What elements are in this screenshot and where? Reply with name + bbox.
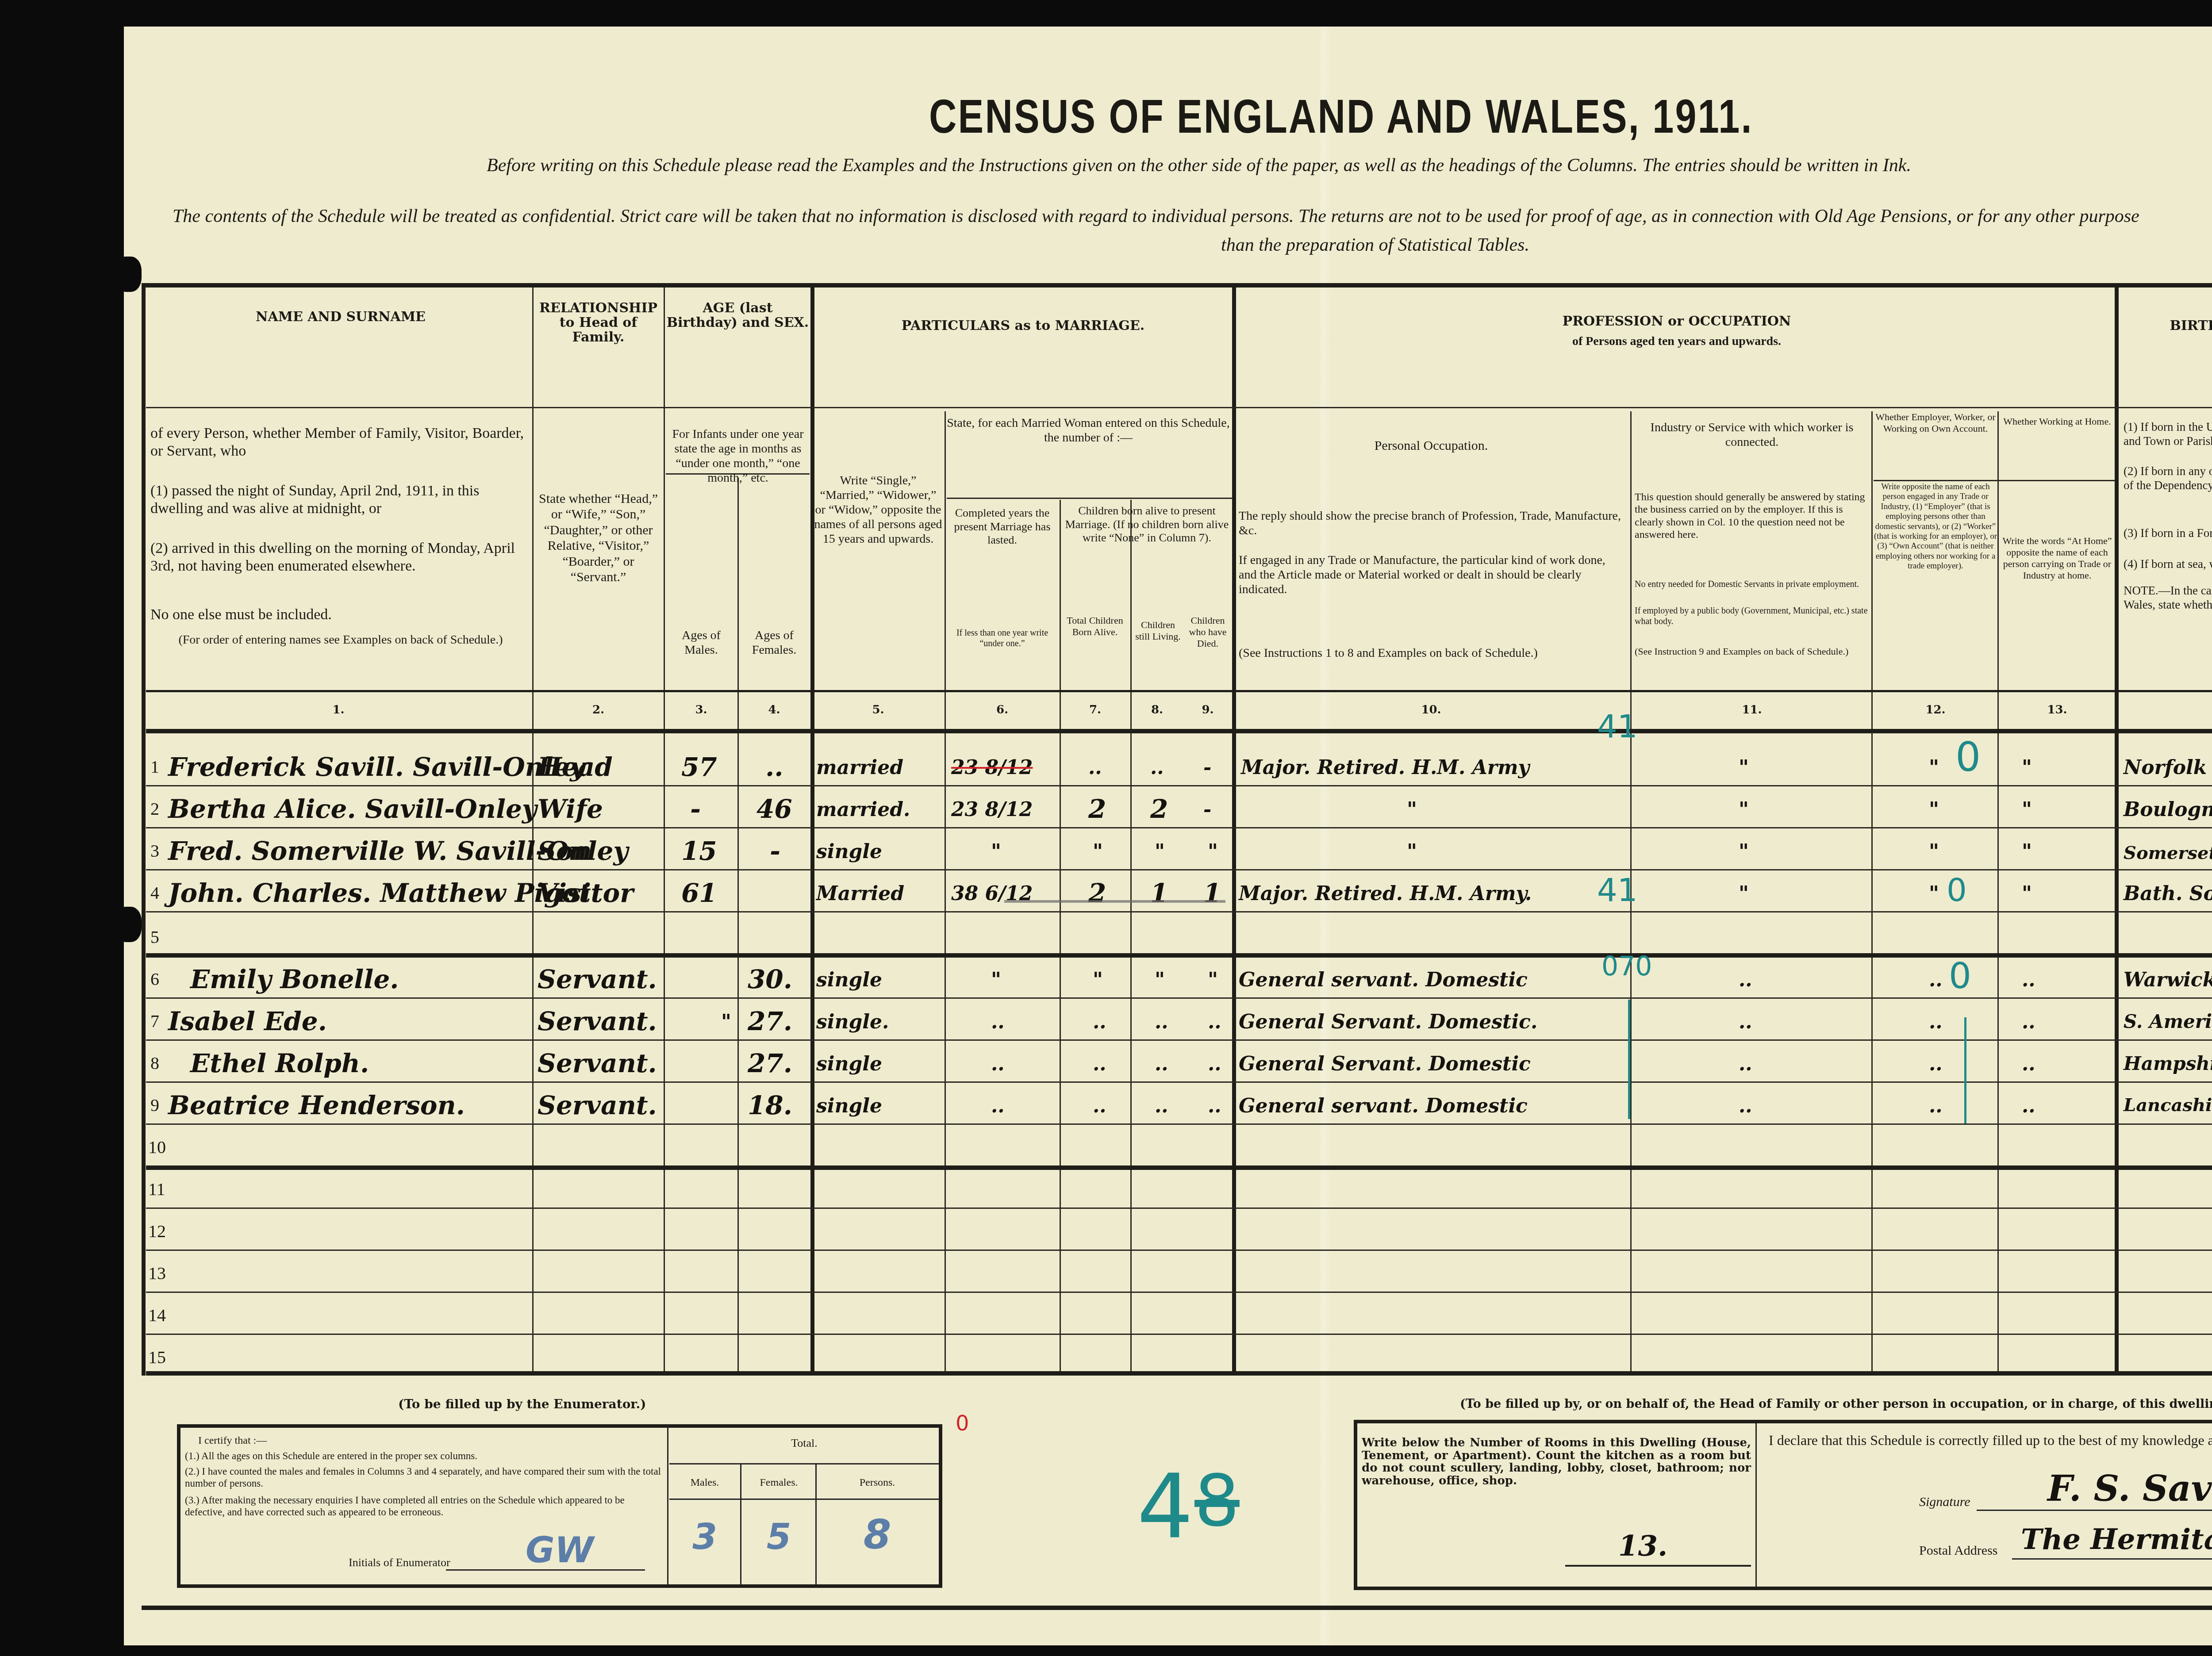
industry-cell: " [1739, 840, 1749, 863]
birthplace-cell: Norfolk - Marsham [2124, 756, 2212, 779]
age-male-cell: - [690, 794, 701, 824]
name-desc-2: (2) arrived in this dwelling on the morn… [150, 540, 531, 575]
signature-value: F. S. Savill-Onley [2047, 1468, 2212, 1509]
name-cell: Beatrice Henderson. [168, 1090, 465, 1120]
children-living-cell: 2 [1150, 794, 1168, 824]
row-number: 6 [150, 969, 159, 989]
teal-tick-mark [1964, 1017, 1966, 1123]
row-number: 3 [150, 840, 159, 861]
children-total-cell: .. [1088, 756, 1102, 779]
row-line [146, 911, 2212, 912]
industry-cell: .. [1739, 1095, 1752, 1117]
row-line [146, 1250, 2212, 1251]
row-line [146, 1334, 2212, 1335]
col-num-2: 2. [533, 703, 664, 717]
col-num-13: 13. [2000, 703, 2115, 717]
occupation-cell: General servant. Domestic [1239, 969, 1528, 991]
females-total: 5 [742, 1516, 815, 1557]
instruction-line: Before writing on this Schedule please r… [487, 155, 1911, 176]
children-total-cell: " [1093, 840, 1103, 863]
row-number: 15 [148, 1347, 166, 1368]
children-died-cell: .. [1208, 1095, 1221, 1117]
table-top-border [142, 283, 2212, 287]
marriage-years-cell: .. [991, 1053, 1005, 1075]
personal-desc-1: The reply should show the precise branch… [1239, 509, 1626, 538]
occupation-code: 41 [1597, 708, 1638, 745]
persons-total: 8 [818, 1512, 937, 1558]
name-cell: Ethel Rolph. [190, 1048, 369, 1078]
industry-desc-1: This question should generally be answer… [1635, 491, 1869, 541]
employer-label: Whether Employer, Worker, or Working on … [1874, 411, 1997, 434]
employer-cell: .. [1929, 1095, 1943, 1117]
name-cell: Isabel Ede. [168, 1006, 327, 1036]
condition-cell: married [816, 756, 903, 779]
home-cell: .. [2022, 1053, 2035, 1075]
employer-mark: 0 [1949, 955, 1971, 997]
employer-mark: 0 [1955, 734, 1981, 781]
row-line [146, 1292, 2212, 1293]
condition-cell: single. [816, 1011, 889, 1033]
marriage-years-cell: .. [991, 1095, 1005, 1117]
children-total-label: Total Children Born Alive. [1062, 615, 1128, 638]
row-line-thick [146, 1165, 2212, 1170]
row-number: 2 [150, 798, 159, 819]
col-divider [945, 411, 946, 1371]
teal-scribble-mark: 8 [1194, 1460, 1240, 1542]
industry-cell: " [1739, 756, 1749, 779]
enumerator-initials: GW [526, 1529, 594, 1571]
total-label: Total. [669, 1437, 939, 1450]
relationship-cell: Servant. [538, 1048, 657, 1078]
page-bottom-border [142, 1606, 2212, 1610]
home-cell: " [2022, 840, 2032, 863]
birthplace-cell: Bath. Somerset. [2124, 882, 2212, 905]
occupation-cell: General Servant. Domestic. [1239, 1011, 1537, 1033]
row-number: 12 [148, 1221, 166, 1242]
females-label: Females. [742, 1476, 815, 1489]
name-cell: Frederick Savill. Savill-Onley [168, 752, 585, 782]
col-num-7: 7. [1061, 703, 1129, 717]
signature-label: Signature [1919, 1494, 1970, 1510]
col-num-8: 8. [1132, 703, 1183, 717]
address-label: Postal Address [1919, 1543, 1998, 1558]
employer-cell: .. [1929, 1011, 1943, 1033]
age-female-cell: 18. [748, 1090, 792, 1120]
row-line [146, 827, 2212, 828]
children-total-cell: .. [1093, 1095, 1106, 1117]
industry-cell: " [1739, 798, 1749, 821]
children-desc: Children born alive to present Marriage.… [1062, 504, 1232, 545]
relationship-cell: Son [538, 836, 592, 866]
condition-cell: single [816, 969, 882, 991]
males-total: 3 [669, 1516, 740, 1557]
red-zero-mark: 0 [956, 1411, 969, 1436]
head-section-divider [1755, 1423, 1757, 1587]
strikethrough-line [1004, 900, 1225, 903]
age-female-cell: 27. [748, 1006, 792, 1036]
col-num-1: 1. [146, 703, 531, 717]
row-line [146, 1039, 2212, 1041]
children-died-cell: - [1203, 756, 1211, 779]
col-num-3: 3. [666, 703, 737, 717]
industry-cell: .. [1739, 969, 1752, 991]
industry-label: Industry or Service with which worker is… [1632, 420, 1871, 449]
birthplace-cell: Boulogne. France [2124, 798, 2212, 821]
children-died-cell: 1 [1203, 878, 1221, 908]
children-living-cell: .. [1155, 1011, 1168, 1033]
certify-label: I certify that :— [198, 1434, 267, 1447]
relationship-cell: Wife [538, 794, 603, 824]
birthplace-cell: S. America. resident [2124, 1011, 2212, 1032]
condition-cell: married. [816, 798, 910, 821]
occupation-cell: General Servant. Domestic [1239, 1053, 1531, 1075]
header-bottom-line [146, 690, 2212, 692]
col-num-6: 6. [946, 703, 1059, 717]
row-number: 9 [150, 1095, 159, 1115]
name-desc-1: (1) passed the night of Sunday, April 2n… [150, 482, 531, 517]
table-left-border [142, 283, 146, 1376]
children-living-cell: .. [1150, 756, 1164, 779]
age-female-cell: 46 [757, 794, 792, 824]
birthplace-desc-3: (3) If born in a Foreign Country, write … [2124, 526, 2212, 540]
occupation-cell: " [1407, 798, 1417, 821]
children-living-cell: 1 [1150, 878, 1168, 908]
persons-label: Persons. [818, 1476, 937, 1489]
row-line [146, 997, 2212, 999]
col-num-5: 5. [814, 703, 942, 717]
relationship-cell: Visitor [538, 878, 634, 908]
children-total-cell: .. [1093, 1053, 1106, 1075]
name-desc-4: (For order of entering names see Example… [150, 632, 531, 647]
birthplace-cell: Hampshire. Southampton. [2124, 1053, 2212, 1074]
children-living-cell: .. [1155, 1053, 1168, 1075]
home-cell: .. [2022, 969, 2035, 991]
header-marriage: PARTICULARS as to MARRIAGE. [814, 318, 1232, 333]
home-desc: Write the words “At Home” opposite the n… [2000, 535, 2115, 581]
birthplace-desc-4: (4) If born at sea, write “At Sea.” [2124, 557, 2212, 571]
totals-divider [667, 1428, 668, 1585]
row-number: 13 [148, 1263, 166, 1284]
condition-cell: single [816, 840, 882, 863]
children-living-cell: " [1155, 840, 1165, 863]
employer-desc: Write opposite the name of each person e… [1874, 482, 1997, 571]
children-died-cell: " [1208, 840, 1218, 863]
children-total-cell: " [1093, 969, 1103, 991]
children-living-cell: " [1155, 969, 1165, 991]
signature-line [1977, 1510, 2212, 1511]
relationship-cell: Servant. [538, 1090, 657, 1120]
condition-cell: single [816, 1095, 882, 1117]
children-living-label: Children still Living. [1133, 619, 1183, 642]
column-number-line [146, 729, 2212, 733]
col-num-12: 12. [1874, 703, 1997, 717]
occupation-cell: Major. Retired. H.M. Army [1241, 756, 1529, 779]
home-cell: " [2022, 756, 2032, 779]
employer-cell: " [1929, 840, 1939, 863]
row-line-thick [146, 953, 2212, 958]
children-died-cell: .. [1208, 1053, 1221, 1075]
ages-of-females: Ages of Females. [739, 628, 810, 657]
occupation-cell: " [1407, 840, 1417, 863]
occupation-cell: Major. Retired. H.M. Army. [1239, 882, 1532, 905]
col-divider [1060, 500, 1061, 1371]
age-male-cell: 57 [681, 752, 717, 782]
occupation-code: 070 [1601, 951, 1652, 982]
row-number: 5 [150, 927, 159, 947]
personal-desc-2: If engaged in any Trade or Manufacture, … [1239, 553, 1626, 597]
birthplace-cell: Somersetshire. Bishops Lydeard [2124, 843, 2212, 863]
males-label: Males. [669, 1476, 740, 1489]
home-cell: .. [2022, 1011, 2035, 1033]
children-died-label: Children who have Died. [1183, 615, 1232, 649]
birthplace-cell: Lancashire. Manchester. [2124, 1095, 2212, 1115]
children-total-cell: 2 [1088, 878, 1106, 908]
name-desc-intro: of every Person, whether Member of Famil… [150, 425, 531, 460]
table-bottom-line [146, 1371, 2212, 1376]
marriage-years-cell: 23 8/12 [951, 756, 1033, 779]
totals-divider [740, 1463, 741, 1585]
age-male-cell: 15 [681, 836, 717, 866]
home-cell: " [2022, 882, 2032, 905]
col-num-9: 9. [1183, 703, 1232, 717]
rooms-count: 13. [1618, 1529, 1667, 1563]
certify-item-2: (2.) I have counted the males and female… [185, 1465, 663, 1489]
employer-cell: .. [1929, 1053, 1943, 1075]
industry-cell: .. [1739, 1011, 1752, 1033]
personal-desc-3: (See Instructions 1 to 8 and Examples on… [1239, 646, 1626, 660]
address-line [2012, 1558, 2212, 1560]
relationship-cell: Servant. [538, 964, 657, 994]
col-divider [1997, 411, 1999, 1371]
birthplace-note: NOTE.—In the case of persons born elsewh… [2124, 584, 2212, 612]
row-number: 4 [150, 882, 159, 903]
enumerator-box: I certify that :— (1.) All the ages on t… [177, 1424, 942, 1588]
condition-cell: Married [816, 882, 904, 905]
col-num-14: 14. [2117, 703, 2212, 717]
occupation-code: 41 [1597, 871, 1638, 908]
header-occupation: PROFESSION or OCCUPATION [1234, 314, 2119, 329]
rooms-line [1565, 1565, 1751, 1567]
home-cell: " [2022, 798, 2032, 821]
page-title: CENSUS OF ENGLAND AND WALES, 1911. [929, 88, 1753, 144]
children-living-cell: .. [1155, 1095, 1168, 1117]
confidential-line-2: than the preparation of Statistical Tabl… [1221, 234, 1529, 256]
marriage-completed-desc: Completed years the present Marriage has… [946, 506, 1059, 547]
name-cell: Bertha Alice. Savill-Onley [168, 794, 537, 824]
totals-divider [815, 1463, 817, 1585]
address-value: The Hermitage. Wyke. Winchester [2021, 1523, 2212, 1556]
age-female-cell: 27. [748, 1048, 792, 1078]
employer-cell: " [1929, 798, 1939, 821]
condition-cell: single [816, 1053, 882, 1075]
age-female-cell: .. [765, 752, 783, 782]
row-number: 7 [150, 1011, 159, 1031]
birthplace-desc-2: (2) If born in any other part of the Bri… [2124, 464, 2212, 493]
ages-of-males: Ages of Males. [666, 628, 737, 657]
census-schedule-page: CENSUS OF ENGLAND AND WALES, 1911. Befor… [124, 27, 2212, 1645]
col-divider [737, 478, 739, 1371]
col-divider [1130, 500, 1132, 1371]
row-number: 8 [150, 1053, 159, 1073]
col-num-4: 4. [739, 703, 810, 717]
marriage-years-cell: " [991, 969, 1001, 991]
personal-occupation-label: Personal Occupation. [1234, 438, 1628, 453]
row-line [146, 869, 2212, 870]
row-line [146, 1081, 2212, 1083]
employer-cell: " [1929, 756, 1939, 779]
children-died-cell: " [1208, 969, 1218, 991]
row-number: 1 [150, 756, 159, 777]
certify-item-3: (3.) After making the necessary enquirie… [185, 1494, 663, 1518]
children-died-cell: .. [1208, 1011, 1221, 1033]
employer-cell: .. [1929, 969, 1943, 991]
industry-desc-2: No entry needed for Domestic Servants in… [1635, 579, 1869, 590]
confidential-line-1: The contents of the Schedule will be tre… [173, 206, 2139, 227]
age-female-cell: - [770, 836, 780, 866]
header-age: AGE (last Birthday) and SEX. [666, 301, 810, 330]
home-label: Whether Working at Home. [2000, 416, 2115, 427]
punch-hole [115, 907, 142, 942]
certify-item-1: (1.) All the ages on this Schedule are e… [185, 1450, 663, 1462]
header-name: NAME AND SURNAME [150, 310, 531, 324]
name-cell: Emily Bonelle. [190, 964, 399, 994]
marriage-completed-note: If less than one year write “under one.” [946, 628, 1059, 649]
row-number: 14 [148, 1305, 166, 1326]
industry-desc-3: If employed by a public body (Government… [1635, 606, 1869, 627]
header-divider [947, 498, 1232, 499]
col-num-10: 10. [1234, 703, 1628, 717]
header-birthplace: BIRTHPLACE of every person. [2117, 318, 2212, 333]
row-line [146, 785, 2212, 786]
row-number: 11 [148, 1179, 165, 1200]
relationship-cell: Head [538, 752, 613, 782]
head-section-box: Write below the Number of Rooms in this … [1354, 1420, 2212, 1590]
row-line [146, 1207, 2212, 1209]
header-relationship: RELATIONSHIP to Head of Family. [533, 301, 664, 345]
industry-cell: " [1739, 882, 1749, 905]
initials-label: Initials of Enumerator [349, 1556, 450, 1570]
relationship-desc: State whether “Head,” or “Wife,” “Son,” … [535, 491, 661, 585]
birthplace-desc-1: (1) If born in the United Kingdom, write… [2124, 420, 2212, 448]
age-female-cell: 30. [748, 964, 792, 994]
totals-hline [669, 1499, 939, 1500]
punch-hole [115, 257, 142, 292]
name-desc-3: No one else must be included. [150, 606, 531, 624]
children-total-cell: 2 [1088, 794, 1106, 824]
children-died-cell: - [1203, 798, 1211, 821]
relationship-cell: Servant. [538, 1006, 657, 1036]
marriage-state-desc: State, for each Married Woman entered on… [947, 416, 1230, 445]
occupation-cell: General servant. Domestic [1239, 1095, 1528, 1117]
head-section-heading: (To be filled up by, or on behalf of, th… [1460, 1398, 2212, 1411]
age-male-cell: " [721, 1011, 731, 1033]
children-total-cell: .. [1093, 1011, 1106, 1033]
industry-cell: .. [1739, 1053, 1752, 1075]
age-male-cell: 61 [681, 878, 717, 908]
occupation-subheader: of Persons aged ten years and upwards. [1234, 334, 2119, 349]
col-divider [1871, 411, 1873, 1371]
age-desc: For Infants under one year state the age… [667, 427, 809, 485]
col-num-11: 11. [1632, 703, 1871, 717]
declaration-text: I declare that this Schedule is correctl… [1769, 1432, 2212, 1449]
marriage-years-cell: " [991, 840, 1001, 863]
employer-cell: " [1929, 882, 1939, 905]
teal-four-mark: 4 [1137, 1455, 1193, 1558]
marriage-write-desc: Write “Single,” “Married,” “Widower,” or… [814, 473, 942, 546]
header-divider [1874, 480, 2115, 481]
row-number: 10 [148, 1137, 166, 1158]
header-divider [1234, 407, 2115, 408]
row-line [146, 1123, 2212, 1125]
totals-hline [669, 1463, 939, 1464]
home-cell: .. [2022, 1095, 2035, 1117]
enumerator-heading: (To be filled up by the Enumerator.) [398, 1398, 646, 1411]
industry-desc-4: (See Instruction 9 and Examples on back … [1635, 646, 1869, 657]
rooms-instruction: Write below the Number of Rooms in this … [1362, 1437, 1751, 1487]
teal-tick-mark [1628, 1000, 1630, 1119]
employer-mark: 0 [1947, 871, 1967, 908]
birthplace-cell: Warwickshire. Birmingham. [2124, 969, 2212, 991]
marriage-years-cell: 23 8/12 [951, 798, 1033, 821]
marriage-years-cell: .. [991, 1011, 1005, 1033]
